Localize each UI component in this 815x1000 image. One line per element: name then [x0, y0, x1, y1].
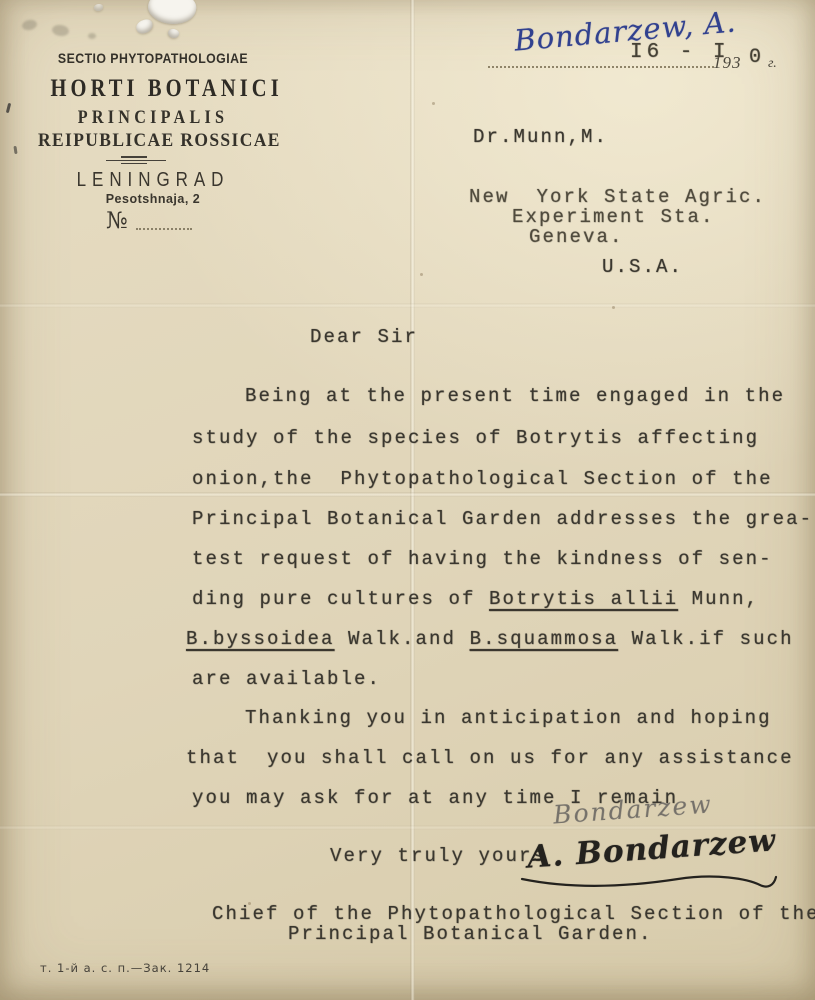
paper-tear [167, 27, 181, 40]
body-line-10: that you shall call on us for any assist… [186, 747, 794, 769]
recipient-address-line3: Geneva. [529, 226, 624, 248]
body-line-2: study of the species of Botrytis affecti… [192, 427, 759, 449]
body-line-3: onion,the Phytopathological Section of t… [192, 468, 773, 490]
letterhead-subtitle-2: REIPUBLICAE ROSSICAE [38, 130, 268, 152]
fold-crease-horizontal-upper [0, 303, 815, 308]
underlined-species-botrytis-allii: Botrytis allii [489, 588, 678, 610]
recipient-name: Dr.Munn,M. [473, 126, 608, 148]
body-line-7-mid: Walk.and [335, 628, 470, 650]
letterhead-section-line: SECTIO PHYTOPATHOLOGIAE [43, 50, 263, 66]
filled-year-digit: 0 [749, 46, 763, 69]
year-suffix: г. [768, 56, 777, 72]
paper-tear [146, 0, 199, 28]
underlined-species-squammosa: B.squammosa [470, 628, 619, 650]
underlined-species-byssoidea: B.byssoidea [186, 628, 335, 650]
letterhead-title: HORTI BOTANICI [51, 75, 256, 103]
body-line-8: are available. [192, 668, 381, 690]
letterhead-divider [106, 160, 166, 161]
valediction: Very truly yours [330, 845, 546, 867]
body-line-1: Being at the present time engaged in the [245, 385, 785, 407]
signer-title-line2: Principal Botanical Garden. [288, 923, 653, 945]
body-line-7: B.byssoidea Walk.and B.squammosa Walk.if… [186, 628, 794, 650]
letterhead-divider-center [121, 156, 147, 164]
body-line-6-tail: Munn, [678, 588, 759, 610]
signer-title-line1: Chief of the Phytopathological Section o… [212, 903, 815, 925]
printed-year-prefix: 193 [713, 53, 742, 73]
recipient-address-line2: Experiment Sta. [512, 206, 715, 228]
body-line-7-tail: Walk.if such [618, 628, 794, 650]
letterhead-number-dotted-line [136, 210, 192, 230]
letterhead-city: LENINGRAD [47, 169, 260, 192]
body-line-6: ding pure cultures of Botrytis allii Mun… [192, 588, 759, 610]
printer-imprint: т. 1-й а. с. п.—Зак. 1214 [40, 961, 210, 975]
recipient-country: U.S.A. [602, 256, 683, 278]
stain-mark [88, 33, 96, 39]
fold-crease-horizontal-middle [0, 492, 815, 497]
letterhead-number-label: № [106, 208, 128, 234]
paper-speck [612, 306, 615, 309]
stain-mark [51, 24, 69, 37]
body-line-5: test request of having the kindness of s… [192, 548, 773, 570]
paper-tear [134, 18, 154, 36]
body-line-9: Thanking you in anticipation and hoping [245, 707, 772, 729]
paper-speck [420, 273, 423, 276]
letterhead-street: Pesotshnaja, 2 [28, 192, 278, 206]
paper-tear [94, 4, 103, 11]
body-line-4: Principal Botanical Garden addresses the… [192, 508, 813, 530]
pencil-mark [6, 103, 11, 113]
recipient-address-line1: New York State Agric. [469, 186, 766, 208]
salutation: Dear Sir [310, 326, 418, 348]
body-line-6-text: ding pure cultures of [192, 588, 489, 610]
paper-speck [432, 102, 435, 105]
stain-mark [21, 19, 38, 32]
pencil-mark [13, 146, 17, 154]
signature-flourish [516, 855, 782, 893]
letter-document: SECTIO PHYTOPATHOLOGIAE HORTI BOTANICI P… [0, 0, 815, 1000]
letterhead-subtitle-1: PRINCIPALIS [47, 107, 260, 129]
